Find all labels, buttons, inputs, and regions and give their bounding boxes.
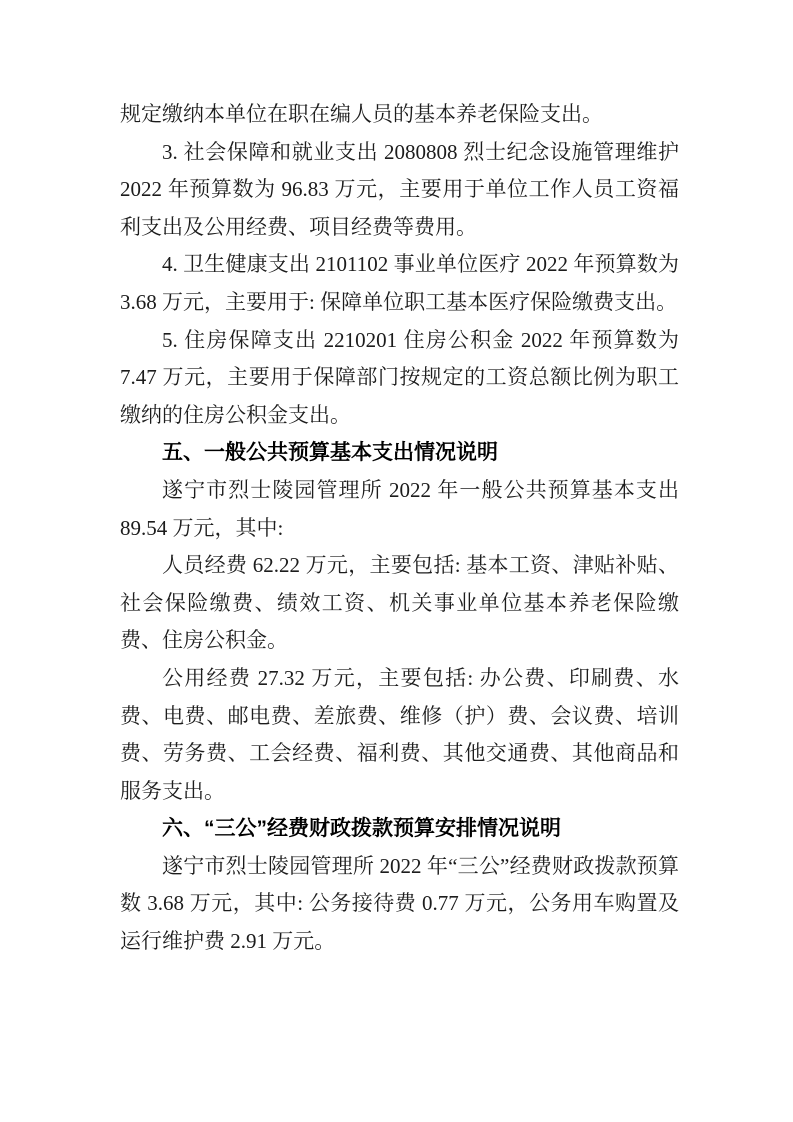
paragraph-social-security-employment: 3. 社会保障和就业支出 2080808 烈士纪念设施管理维护 2022 年预算… bbox=[120, 134, 679, 247]
section-heading-six-three-public-funds: 六、“三公”经费财政拨款预算安排情况说明 bbox=[120, 810, 679, 848]
document-page: 规定缴纳本单位在职在编人员的基本养老保险支出。 3. 社会保障和就业支出 208… bbox=[0, 0, 793, 1122]
section-heading-five-basic-expenditure: 五、一般公共预算基本支出情况说明 bbox=[120, 434, 679, 472]
paragraph-health-expenditure: 4. 卫生健康支出 2101102 事业单位医疗 2022 年预算数为 3.68… bbox=[120, 246, 679, 321]
paragraph-three-public-funds-detail: 遂宁市烈士陵园管理所 2022 年“三公”经费财政拨款预算数 3.68 万元，其… bbox=[120, 848, 679, 961]
paragraph-pension-continuation: 规定缴纳本单位在职在编人员的基本养老保险支出。 bbox=[120, 96, 679, 134]
paragraph-basic-expenditure-total: 遂宁市烈士陵园管理所 2022 年一般公共预算基本支出 89.54 万元，其中: bbox=[120, 472, 679, 547]
paragraph-personnel-funds: 人员经费 62.22 万元，主要包括: 基本工资、津贴补贴、社会保险缴费、绩效工… bbox=[120, 547, 679, 660]
paragraph-housing-security: 5. 住房保障支出 2210201 住房公积金 2022 年预算数为 7.47 … bbox=[120, 322, 679, 435]
paragraph-public-funds: 公用经费 27.32 万元，主要包括: 办公费、印刷费、水费、电费、邮电费、差旅… bbox=[120, 660, 679, 810]
